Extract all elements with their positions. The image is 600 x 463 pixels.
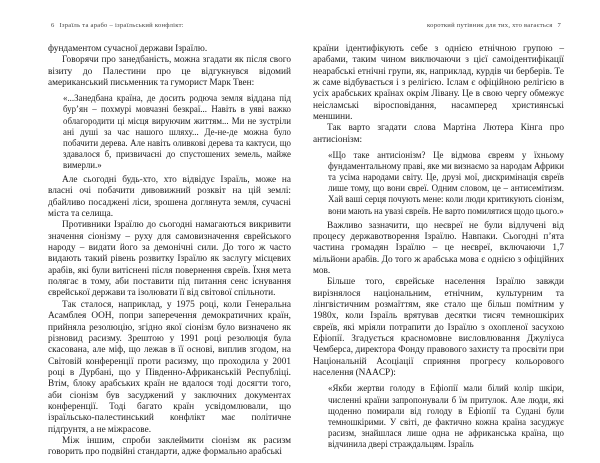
page-right-text-column: країни ідентифікують себе з однією етніч…: [313, 44, 564, 450]
quote-block: «...Занедбана країна, де досить родюча з…: [48, 93, 291, 171]
paragraph: Але сьогодні будь-хто, хто відвідує Ізра…: [48, 175, 291, 220]
running-header-left-title: Ізраїль та арабо – ізраїльський конфлікт…: [59, 22, 183, 29]
page-number-right: 7: [557, 22, 561, 29]
paragraph: Противники Ізраїлю до сьогодні намагають…: [48, 220, 291, 299]
page-right: короткий путівник для тих, хто вагається…: [300, 0, 600, 463]
page-left-text-column: фундаментом сучасної держави Ізраїлю.Гов…: [48, 44, 291, 459]
paragraph: Більше того, єврейське населення Ізраїлю…: [313, 277, 564, 379]
paragraph: Між іншим, спроби заклеймити сіонізм як …: [48, 436, 291, 459]
running-header-right-title: короткий путівник для тих, хто вагається: [427, 22, 553, 29]
quote-block: «Що таке антисіонізм? Це відмова євреям …: [313, 150, 564, 217]
paragraph: Так сталося, наприклад, у 1975 році, кол…: [48, 300, 291, 436]
paragraph: Говорячи про занедбаність, можна згадати…: [48, 55, 291, 89]
paragraph: Важливо зазначити, що неєвреї не були ві…: [313, 221, 564, 278]
book-spread: 6 Ізраїль та арабо – ізраїльський конфлі…: [0, 0, 600, 463]
paragraph: країни ідентифікують себе з однією етніч…: [313, 44, 564, 123]
running-header-left: 6 Ізраїль та арабо – ізраїльський конфлі…: [48, 22, 291, 30]
running-header-right: короткий путівник для тих, хто вагається…: [313, 22, 564, 30]
paragraph: фундаментом сучасної держави Ізраїлю.: [48, 44, 291, 55]
page-left: 6 Ізраїль та арабо – ізраїльський конфлі…: [0, 0, 300, 463]
page-number-left: 6: [51, 22, 55, 29]
paragraph: Так варто згадати слова Мартіна Лютера К…: [313, 123, 564, 146]
quote-block: «Якби жертви голоду в Ефіопії мали білий…: [313, 383, 564, 450]
